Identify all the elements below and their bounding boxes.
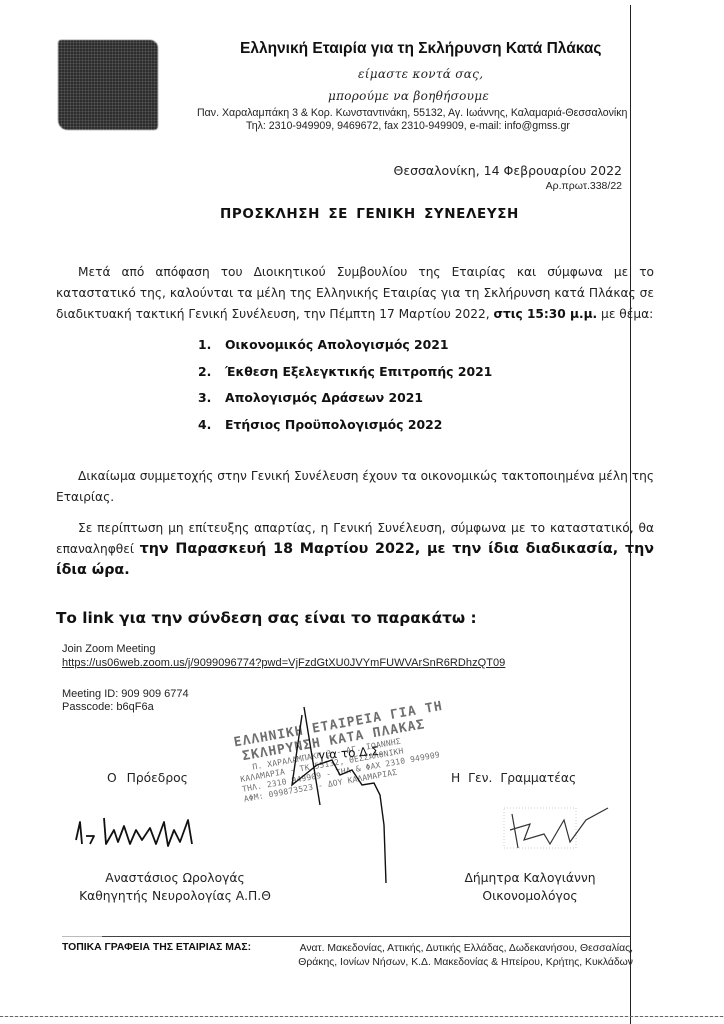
secretary-title: Οικονομολόγος [430, 887, 630, 905]
scan-vertical-line [630, 5, 631, 1024]
document-title: ΠΡΟΣΚΛΗΣΗ ΣΕ ΓΕΝΙΚΗ ΣΥΝΕΛΕΥΣΗ [220, 206, 519, 222]
footer-divider [62, 936, 630, 937]
signatory-left: Αναστάσιος Ωρολογάς Καθηγητής Νευρολογία… [70, 869, 280, 905]
quorum-paragraph: Σε περίπτωση μη επίτευξης απαρτίας, η Γε… [56, 518, 654, 581]
agenda-list: 1.Οικονομικός Απολογισμός 2021 2.Έκθεση … [198, 336, 492, 442]
local-offices-label: ΤΟΠΙΚΑ ΓΡΑΦΕΙΑ ΤΗΣ ΕΤΑΙΡΙΑΣ ΜΑΣ: [62, 942, 251, 953]
agenda-item: 4.Ετήσιος Προϋπολογισμός 2022 [198, 416, 492, 443]
motto-line-1: είμαστε κοντά σας, [358, 67, 483, 81]
eligibility-paragraph: Δικαίωμα συμμετοχής στην Γενική Συνέλευσ… [56, 466, 654, 508]
zoom-meeting-link[interactable]: https://us06web.zoom.us/j/9099096774?pwd… [62, 657, 505, 669]
agenda-item: 3.Απολογισμός Δράσεων 2021 [198, 389, 492, 416]
address-line: Παν. Χαραλαμπάκη 3 & Κορ. Κωνσταντινάκη,… [197, 107, 627, 119]
signatory-left-role: Ο Πρόεδρος [107, 771, 188, 785]
secretary-signature-icon [490, 800, 610, 855]
place-date: Θεσσαλονίκη, 14 Φεβρουαρίου 2022 [393, 163, 622, 178]
organization-logo-icon [58, 40, 158, 130]
meeting-passcode: Passcode: b6qF6a [62, 701, 154, 713]
stamp-signature-icon [262, 705, 402, 885]
agenda-item: 2.Έκθεση Εξελεγκτικής Επιτροπής 2021 [198, 363, 492, 390]
intro-paragraph: Μετά από απόφαση του Διοικητικού Συμβουλ… [56, 262, 654, 325]
meeting-id: Meeting ID: 909 909 6774 [62, 688, 189, 700]
signatory-right-role: Η Γεν. Γραμματέας [451, 771, 576, 785]
intro-suffix: με θέμα: [597, 307, 653, 321]
contact-line: Τηλ: 2310-949909, 9469672, fax 2310-9499… [246, 120, 570, 132]
motto-line-2: μπορούμε να βοηθήσουμε [328, 89, 489, 103]
intro-time: στις 15:30 μ.μ. [493, 307, 597, 321]
organization-name: Ελληνική Εταιρία για τη Σκλήρυνση Κατά Π… [240, 40, 601, 58]
repeat-date: την Παρασκευή 18 Μαρτίου 2022, με την ίδ… [56, 541, 654, 578]
president-signature-icon [70, 800, 220, 860]
secretary-name: Δήμητρα Καλογιάννη [430, 869, 630, 887]
page-bottom-line [0, 1016, 724, 1017]
signatory-right: Δήμητρα Καλογιάννη Οικονομολόγος [430, 869, 630, 905]
meeting-link-heading: Το link για την σύνδεση σας είναι το παρ… [56, 609, 477, 627]
join-zoom-label: Join Zoom Meeting [62, 643, 156, 655]
president-name: Αναστάσιος Ωρολογάς [70, 869, 280, 887]
president-title: Καθηγητής Νευρολογίας Α.Π.Θ [70, 887, 280, 905]
protocol-number: Αρ.πρωτ.338/22 [546, 180, 622, 192]
agenda-item: 1.Οικονομικός Απολογισμός 2021 [198, 336, 492, 363]
local-offices-list: Ανατ. Μακεδονίας, Αττικής, Δυτικής Ελλάδ… [273, 942, 633, 970]
